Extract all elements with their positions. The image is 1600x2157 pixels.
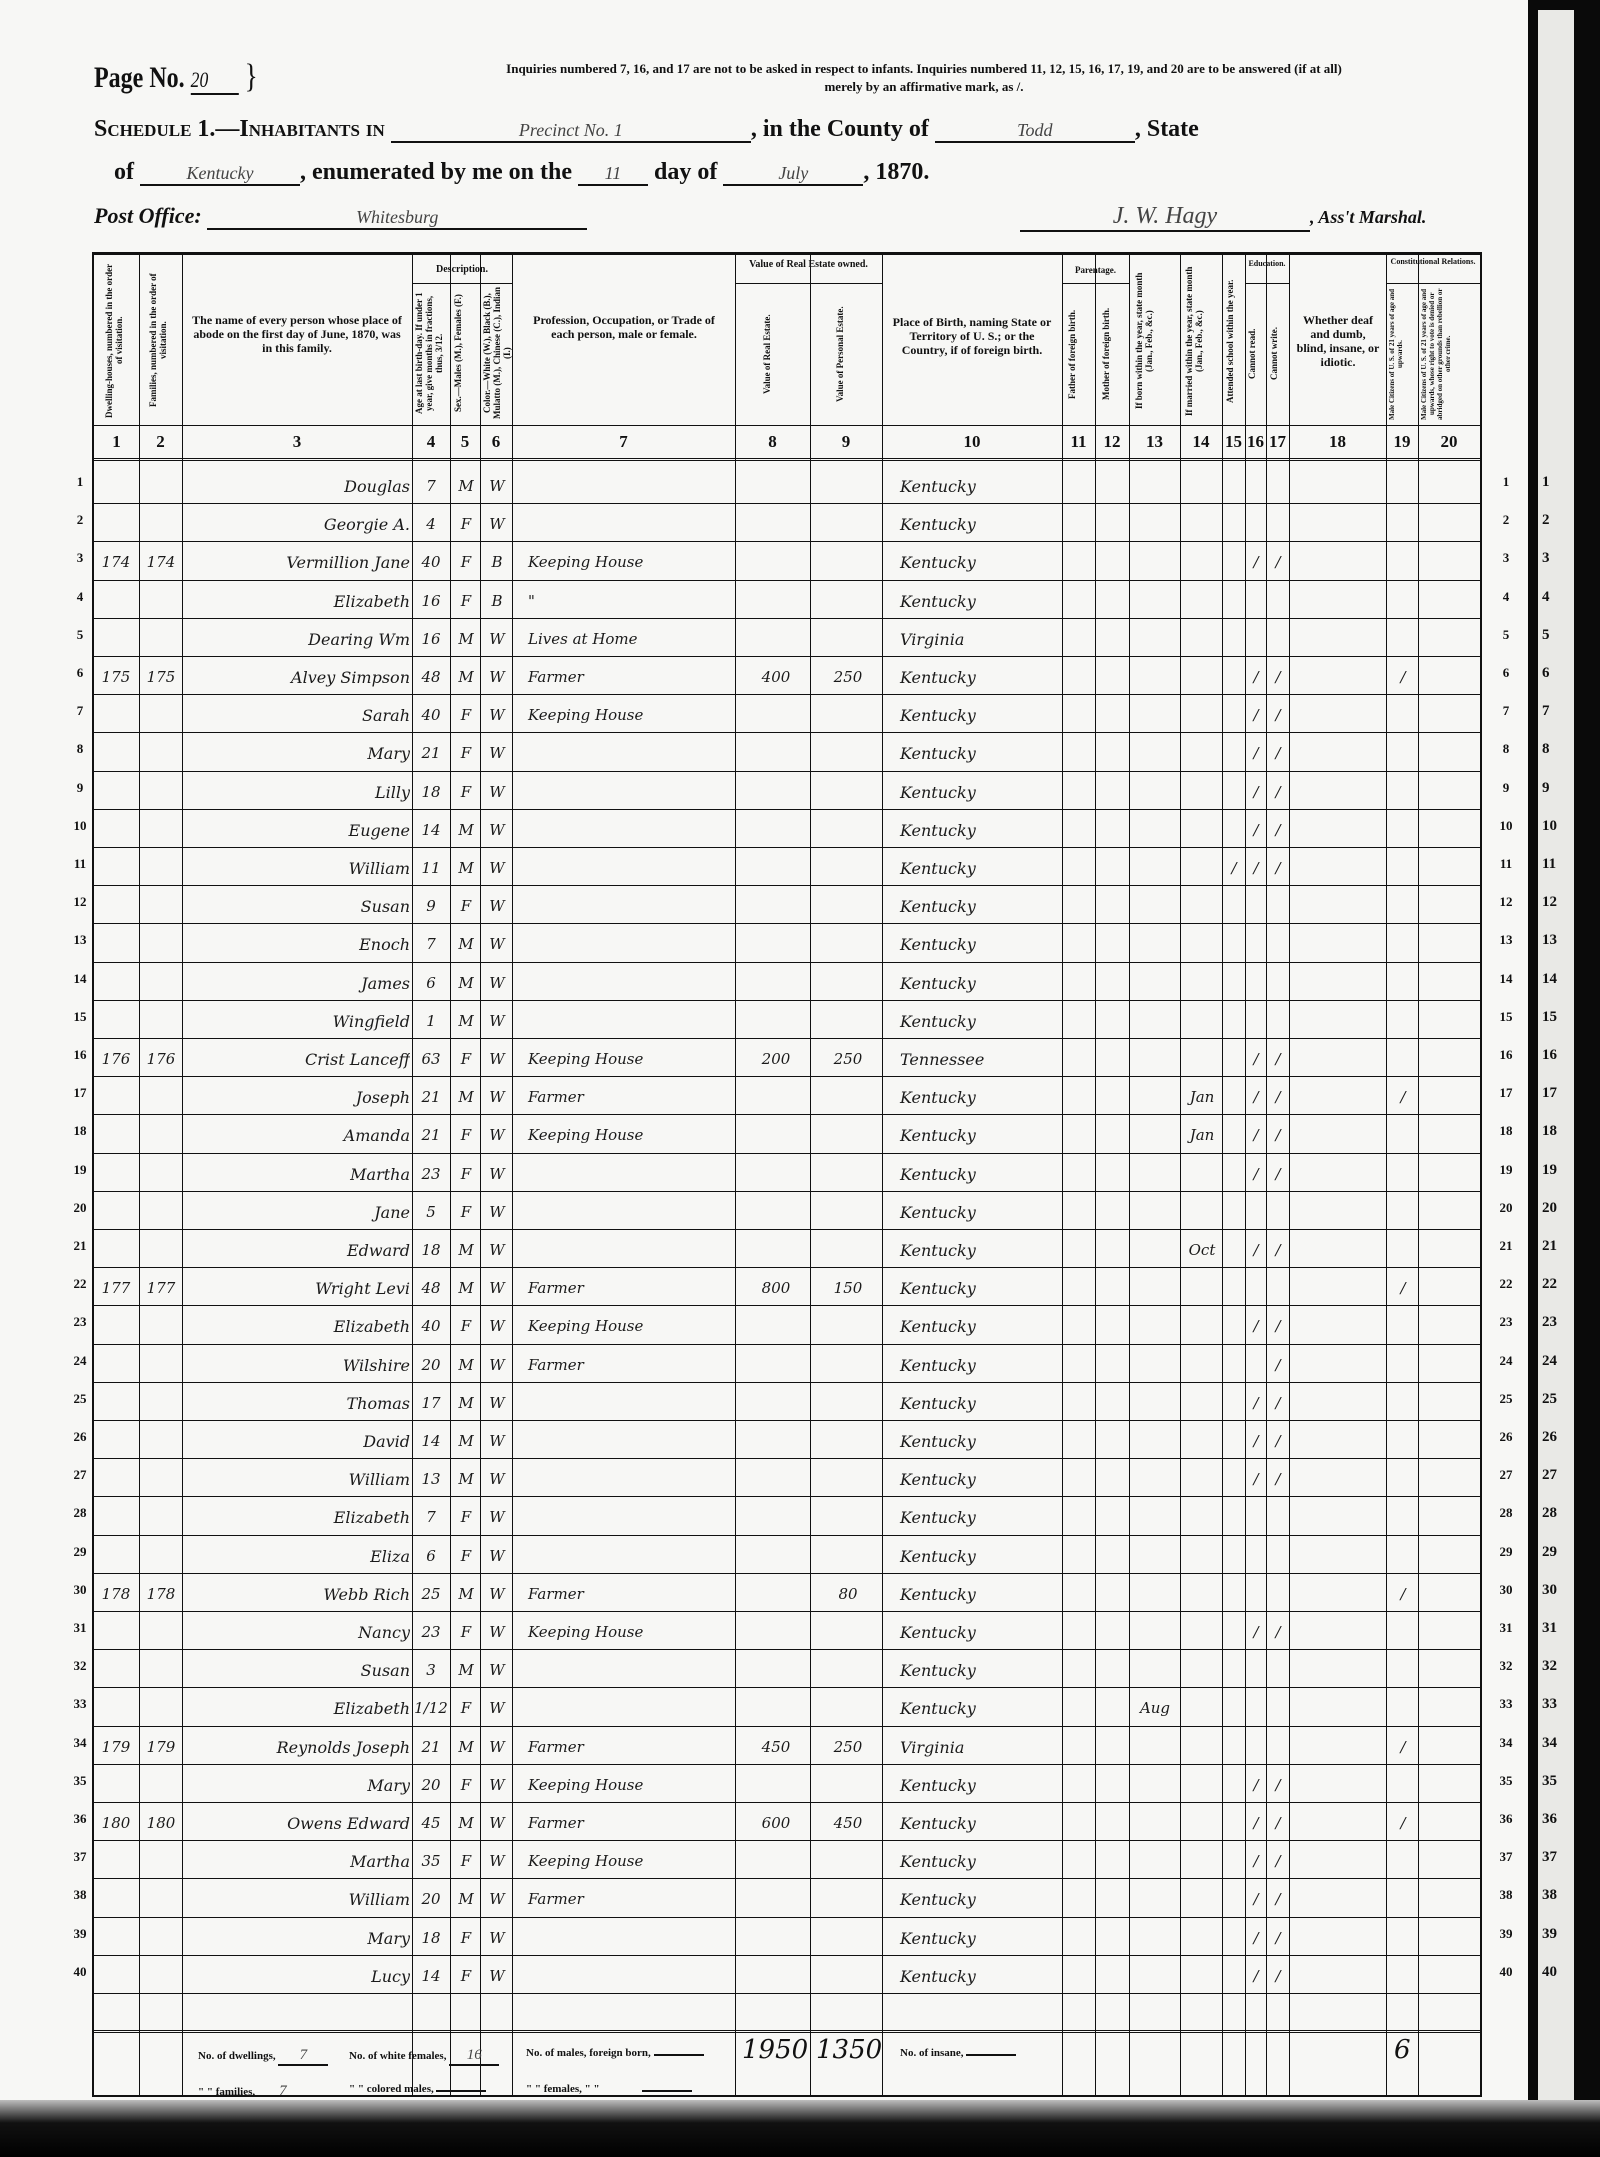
- line-number: 19: [70, 1162, 90, 1178]
- inquiry-notice: Inquiries numbered 7, 16, and 17 are not…: [364, 60, 1484, 96]
- row-rule: [94, 1802, 1480, 1803]
- birthplace: Kentucky: [894, 1356, 1066, 1375]
- birthplace: Kentucky: [894, 1661, 1066, 1680]
- person-name: Elizabeth: [186, 1508, 410, 1527]
- family-number: 175: [141, 668, 181, 686]
- row-rule: [94, 1687, 1480, 1688]
- adjacent-line-number: 19: [1542, 1162, 1557, 1179]
- line-number-right: 36: [1496, 1811, 1516, 1827]
- row-rule: [94, 1955, 1480, 1956]
- cannot-write: /: [1268, 1967, 1288, 1985]
- occupation: Farmer: [524, 1088, 738, 1106]
- sex: M: [452, 1814, 480, 1832]
- cannot-write: /: [1268, 668, 1288, 686]
- row-rule: [94, 1535, 1480, 1536]
- age: 14: [414, 821, 448, 839]
- person-name: Wright Levi: [186, 1279, 410, 1298]
- total-real-estate: 1950: [742, 2035, 808, 2065]
- personal-estate-value: 250: [816, 1050, 880, 1068]
- sex: F: [452, 1699, 480, 1717]
- row-rule: [94, 1420, 1480, 1421]
- age: 6: [414, 974, 448, 992]
- occupation: Lives at Home: [524, 630, 738, 648]
- cannot-write: /: [1268, 744, 1288, 762]
- cannot-read: /: [1247, 1165, 1265, 1183]
- age: 45: [414, 1814, 448, 1832]
- line-number: 37: [70, 1849, 90, 1865]
- person-name: Thomas: [186, 1394, 410, 1413]
- sex: F: [452, 783, 480, 801]
- birthplace: Kentucky: [894, 1852, 1066, 1871]
- line-number-right: 2: [1496, 512, 1516, 528]
- header-age: Age at last birth-day. If under 1 year, …: [414, 287, 448, 419]
- row-rule: [94, 1649, 1480, 1650]
- cannot-write: /: [1268, 1776, 1288, 1794]
- line-number: 4: [70, 589, 90, 605]
- person-name: Susan: [186, 1661, 410, 1680]
- adjacent-line-number: 32: [1542, 1658, 1557, 1675]
- sex: M: [452, 821, 480, 839]
- line-number-right: 14: [1496, 971, 1516, 987]
- birthplace: Kentucky: [894, 821, 1066, 840]
- personal-estate-value: 250: [816, 668, 880, 686]
- line-number: 3: [70, 550, 90, 566]
- birthplace: Kentucky: [894, 553, 1066, 572]
- color: W: [483, 974, 511, 992]
- line-number-right: 23: [1496, 1314, 1516, 1330]
- sex: M: [452, 935, 480, 953]
- header-education: Education.: [1245, 259, 1289, 269]
- birthplace: Kentucky: [894, 1547, 1066, 1566]
- adjacent-line-number: 37: [1542, 1849, 1557, 1866]
- age: 17: [414, 1394, 448, 1412]
- person-name: Wingfield: [186, 1012, 410, 1031]
- person-name: William: [186, 1470, 410, 1489]
- line-number-right: 33: [1496, 1696, 1516, 1712]
- line-number-right: 17: [1496, 1085, 1516, 1101]
- person-name: Mary: [186, 1776, 410, 1795]
- cannot-write: /: [1268, 859, 1288, 877]
- line-number: 29: [70, 1544, 90, 1560]
- real-estate-value: 200: [744, 1050, 808, 1068]
- row-rule: [94, 1458, 1480, 1459]
- personal-estate-value: 450: [816, 1814, 880, 1832]
- person-name: Dearing Wm: [186, 630, 410, 649]
- person-name: Jane: [186, 1203, 410, 1222]
- cannot-read: /: [1247, 668, 1265, 686]
- enumeration-line: of Kentucky, enumerated by me on the 11 …: [114, 159, 929, 186]
- dwelling-number: 178: [96, 1585, 136, 1603]
- cannot-write: /: [1268, 1165, 1288, 1183]
- birthplace: Kentucky: [894, 515, 1066, 534]
- person-name: Alvey Simpson: [186, 668, 410, 687]
- birthplace: Kentucky: [894, 744, 1066, 763]
- person-name: Enoch: [186, 935, 410, 954]
- dwelling-number: 174: [96, 553, 136, 571]
- row-rule: [94, 1917, 1480, 1918]
- age: 16: [414, 630, 448, 648]
- color: W: [483, 477, 511, 495]
- line-number: 20: [70, 1200, 90, 1216]
- birthplace: Kentucky: [894, 974, 1066, 993]
- person-name: Owens Edward: [186, 1814, 410, 1833]
- line-number-right: 28: [1496, 1505, 1516, 1521]
- footer-white-females: No. of white females, 16: [349, 2047, 499, 2066]
- birthplace: Kentucky: [894, 1203, 1066, 1222]
- line-number: 36: [70, 1811, 90, 1827]
- header-value-group: Value of Real Estate owned.: [735, 259, 882, 270]
- adjacent-line-number: 12: [1542, 894, 1557, 911]
- sex: F: [452, 1623, 480, 1641]
- age: 7: [414, 1508, 448, 1526]
- occupation: Farmer: [524, 1890, 738, 1908]
- birthplace: Kentucky: [894, 1394, 1066, 1413]
- occupation: Farmer: [524, 1585, 738, 1603]
- age: 7: [414, 477, 448, 495]
- line-number: 11: [70, 856, 90, 872]
- dwelling-number: 179: [96, 1738, 136, 1756]
- header-name: The name of every person whose place of …: [190, 313, 404, 355]
- line-number-right: 13: [1496, 932, 1516, 948]
- occupation: ": [524, 592, 738, 610]
- color: W: [483, 1241, 511, 1259]
- county-field: Todd: [935, 120, 1135, 143]
- header-constitutional: Constitutional Relations.: [1386, 257, 1480, 267]
- row-rule: [94, 923, 1480, 924]
- line-number-right: 7: [1496, 703, 1516, 719]
- person-name: Lucy: [186, 1967, 410, 1986]
- line-number-right: 3: [1496, 550, 1516, 566]
- birthplace: Kentucky: [894, 1165, 1066, 1184]
- line-number: 10: [70, 818, 90, 834]
- person-name: Mary: [186, 1929, 410, 1948]
- cannot-read: /: [1247, 744, 1265, 762]
- line-number: 23: [70, 1314, 90, 1330]
- line-number-right: 18: [1496, 1123, 1516, 1139]
- age: 40: [414, 1317, 448, 1335]
- adjacent-line-number: 13: [1542, 932, 1557, 949]
- cannot-read: /: [1247, 1394, 1265, 1412]
- person-name: William: [186, 1890, 410, 1909]
- color: W: [483, 859, 511, 877]
- birthplace: Kentucky: [894, 1088, 1066, 1107]
- personal-estate-value: 150: [816, 1279, 880, 1297]
- adjacent-line-number: 30: [1542, 1582, 1557, 1599]
- color: W: [483, 1547, 511, 1565]
- row-rule: [94, 1038, 1480, 1039]
- occupation: Farmer: [524, 1279, 738, 1297]
- age: 23: [414, 1165, 448, 1183]
- sex: F: [452, 1508, 480, 1526]
- adjacent-line-number: 5: [1542, 627, 1550, 644]
- real-estate-value: 600: [744, 1814, 808, 1832]
- row-rule: [94, 1840, 1480, 1841]
- sex: F: [452, 553, 480, 571]
- row-rule: [94, 1611, 1480, 1612]
- person-name: Joseph: [186, 1088, 410, 1107]
- cannot-read: /: [1247, 1852, 1265, 1870]
- census-table: Dwelling-houses, numbered in the order o…: [92, 252, 1482, 2097]
- line-number: 9: [70, 780, 90, 796]
- inhabitants-in-field: Precinct No. 1: [391, 120, 751, 143]
- adjacent-line-number: 3: [1542, 550, 1550, 567]
- sex: M: [452, 1585, 480, 1603]
- sex: M: [452, 1661, 480, 1679]
- adjacent-line-number: 24: [1542, 1353, 1557, 1370]
- occupation: Farmer: [524, 668, 738, 686]
- footer-colored-males: " " colored males,: [349, 2083, 486, 2095]
- row-rule: [94, 1344, 1480, 1345]
- color: W: [483, 1699, 511, 1717]
- cannot-read: /: [1247, 783, 1265, 801]
- cannot-write: /: [1268, 821, 1288, 839]
- row-rule: [94, 1573, 1480, 1574]
- color: W: [483, 783, 511, 801]
- row-rule: [94, 1191, 1480, 1192]
- person-name: William: [186, 859, 410, 878]
- cannot-read: /: [1247, 859, 1265, 877]
- color: W: [483, 1776, 511, 1794]
- day-field: 11: [578, 163, 648, 186]
- census-sheet: Page No. 20 } Inquiries numbered 7, 16, …: [0, 0, 1528, 2100]
- age: 40: [414, 706, 448, 724]
- line-number: 8: [70, 741, 90, 757]
- dwelling-number: 175: [96, 668, 136, 686]
- line-number: 14: [70, 971, 90, 987]
- month-field: July: [723, 163, 863, 186]
- person-name: Webb Rich: [186, 1585, 410, 1604]
- married-month: Oct: [1182, 1241, 1222, 1259]
- row-rule: [94, 580, 1480, 581]
- footer-dwellings: No. of dwellings, 7: [198, 2047, 328, 2066]
- line-number-right: 32: [1496, 1658, 1516, 1674]
- sex: M: [452, 477, 480, 495]
- birthplace: Kentucky: [894, 1699, 1066, 1718]
- color: W: [483, 1661, 511, 1679]
- color: W: [483, 1203, 511, 1221]
- sex: F: [452, 1050, 480, 1068]
- line-number: 38: [70, 1887, 90, 1903]
- line-number-right: 9: [1496, 780, 1516, 796]
- line-number: 16: [70, 1047, 90, 1063]
- cannot-write: /: [1268, 1852, 1288, 1870]
- age: 35: [414, 1852, 448, 1870]
- birthplace: Kentucky: [894, 1317, 1066, 1336]
- person-name: Amanda: [186, 1126, 410, 1145]
- line-number: 32: [70, 1658, 90, 1674]
- line-number: 26: [70, 1429, 90, 1445]
- row-rule: [94, 694, 1480, 695]
- row-rule: [94, 1726, 1480, 1727]
- marshal-signature: J. W. Hagy: [1020, 203, 1310, 232]
- line-number: 17: [70, 1085, 90, 1101]
- age: 1/12: [414, 1699, 448, 1717]
- dwelling-number: 180: [96, 1814, 136, 1832]
- age: 9: [414, 897, 448, 915]
- born-month: Aug: [1131, 1699, 1179, 1717]
- occupation: Keeping House: [524, 553, 738, 571]
- age: 20: [414, 1890, 448, 1908]
- adjacent-line-number: 40: [1542, 1964, 1557, 1981]
- adjacent-line-number: 31: [1542, 1620, 1557, 1637]
- birthplace: Kentucky: [894, 1776, 1066, 1795]
- person-name: James: [186, 974, 410, 993]
- birthplace: Kentucky: [894, 1623, 1066, 1642]
- birthplace: Kentucky: [894, 1585, 1066, 1604]
- color: W: [483, 1470, 511, 1488]
- line-number: 35: [70, 1773, 90, 1789]
- adjacent-line-number: 22: [1542, 1276, 1557, 1293]
- header-vote-denied: Male Citizens of U. S. of 21 years of ag…: [1420, 287, 1478, 421]
- birthplace: Kentucky: [894, 897, 1066, 916]
- total-citizens: 6: [1394, 2035, 1411, 2065]
- occupation: Farmer: [524, 1814, 738, 1832]
- adjacent-line-number: 28: [1542, 1505, 1557, 1522]
- header-real-estate: Value of Real Estate.: [762, 289, 784, 419]
- sex: M: [452, 1432, 480, 1450]
- state-field: Kentucky: [140, 163, 300, 186]
- line-number-right: 6: [1496, 665, 1516, 681]
- total-personal-estate: 1350: [816, 2035, 882, 2065]
- adjacent-line-number: 36: [1542, 1811, 1557, 1828]
- adjacent-line-number: 35: [1542, 1773, 1557, 1790]
- male-citizen: /: [1390, 668, 1416, 686]
- color: W: [483, 897, 511, 915]
- age: 3: [414, 1661, 448, 1679]
- personal-estate-value: 250: [816, 1738, 880, 1756]
- header-sex: Sex.—Males (M.), Females (F.): [453, 287, 477, 419]
- sex: F: [452, 706, 480, 724]
- row-rule: [94, 732, 1480, 733]
- person-name: Wilshire: [186, 1356, 410, 1375]
- cannot-write: /: [1268, 1623, 1288, 1641]
- adjacent-line-number: 21: [1542, 1238, 1557, 1255]
- sex: F: [452, 1165, 480, 1183]
- cannot-read: /: [1247, 1929, 1265, 1947]
- color: W: [483, 1088, 511, 1106]
- adjacent-line-number: 33: [1542, 1696, 1557, 1713]
- person-name: David: [186, 1432, 410, 1451]
- occupation: Keeping House: [524, 1317, 738, 1335]
- birthplace: Tennessee: [894, 1050, 1066, 1069]
- row-rule: [94, 1153, 1480, 1154]
- cannot-write: /: [1268, 1126, 1288, 1144]
- row-rule: [94, 1878, 1480, 1879]
- family-number: 180: [141, 1814, 181, 1832]
- line-number: 12: [70, 894, 90, 910]
- row-rule: [94, 1993, 1480, 1994]
- page-number: Page No. 20 }: [94, 58, 258, 96]
- line-number-right: 5: [1496, 627, 1516, 643]
- color: W: [483, 1890, 511, 1908]
- cannot-read: /: [1247, 1776, 1265, 1794]
- adjacent-line-number: 11: [1542, 856, 1556, 873]
- row-rule: [94, 847, 1480, 848]
- occupation: Farmer: [524, 1738, 738, 1756]
- line-number: 13: [70, 932, 90, 948]
- age: 21: [414, 1126, 448, 1144]
- line-number-right: 4: [1496, 589, 1516, 605]
- adjacent-line-number: 26: [1542, 1429, 1557, 1446]
- color: W: [483, 1050, 511, 1068]
- age: 11: [414, 859, 448, 877]
- cannot-write: /: [1268, 1050, 1288, 1068]
- person-name: Susan: [186, 897, 410, 916]
- color: W: [483, 1508, 511, 1526]
- color: W: [483, 1356, 511, 1374]
- attended-school: /: [1224, 859, 1244, 877]
- age: 4: [414, 515, 448, 533]
- sex: M: [452, 630, 480, 648]
- sex: F: [452, 1547, 480, 1565]
- line-number-right: 25: [1496, 1391, 1516, 1407]
- occupation: Keeping House: [524, 1776, 738, 1794]
- row-rule: [94, 885, 1480, 886]
- age: 20: [414, 1356, 448, 1374]
- birthplace: Kentucky: [894, 1470, 1066, 1489]
- sex: M: [452, 1012, 480, 1030]
- birthplace: Kentucky: [894, 1508, 1066, 1527]
- cannot-read: /: [1247, 1470, 1265, 1488]
- birthplace: Kentucky: [894, 1967, 1066, 1986]
- color: W: [483, 1929, 511, 1947]
- sex: F: [452, 515, 480, 533]
- page-number-value: 20: [191, 67, 239, 95]
- birthplace: Kentucky: [894, 1241, 1066, 1260]
- row-rule: [94, 771, 1480, 772]
- sex: M: [452, 1738, 480, 1756]
- color: W: [483, 706, 511, 724]
- age: 63: [414, 1050, 448, 1068]
- header-cannot-write: Cannot write.: [1269, 289, 1286, 419]
- line-number-right: 21: [1496, 1238, 1516, 1254]
- line-number: 39: [70, 1926, 90, 1942]
- family-number: 177: [141, 1279, 181, 1297]
- person-name: Elizabeth: [186, 1317, 410, 1336]
- row-rule: [94, 656, 1480, 657]
- sex: F: [452, 897, 480, 915]
- person-name: Lilly: [186, 783, 410, 802]
- cannot-read: /: [1247, 1623, 1265, 1641]
- male-citizen: /: [1390, 1738, 1416, 1756]
- row-rule: [94, 1114, 1480, 1115]
- age: 13: [414, 1470, 448, 1488]
- header-cannot-read: Cannot read.: [1247, 289, 1264, 419]
- cannot-read: /: [1247, 1890, 1265, 1908]
- person-name: Martha: [186, 1165, 410, 1184]
- cannot-read: /: [1247, 1241, 1265, 1259]
- line-number-right: 31: [1496, 1620, 1516, 1636]
- adjacent-line-number: 14: [1542, 971, 1557, 988]
- person-name: Eugene: [186, 821, 410, 840]
- sex: F: [452, 1776, 480, 1794]
- adjacent-line-number: 2: [1542, 512, 1550, 529]
- adjacent-line-number: 23: [1542, 1314, 1557, 1331]
- sex: M: [452, 1890, 480, 1908]
- real-estate-value: 400: [744, 668, 808, 686]
- row-rule: [94, 809, 1480, 810]
- age: 14: [414, 1967, 448, 1985]
- cannot-write: /: [1268, 1470, 1288, 1488]
- sex: M: [452, 1088, 480, 1106]
- person-name: Reynolds Joseph: [186, 1738, 410, 1757]
- adjacent-line-number: 20: [1542, 1200, 1557, 1217]
- color: W: [483, 1585, 511, 1603]
- sex: M: [452, 974, 480, 992]
- header-mother-foreign: Mother of foreign birth.: [1101, 289, 1125, 419]
- birthplace: Kentucky: [894, 1126, 1066, 1145]
- sex: F: [452, 1203, 480, 1221]
